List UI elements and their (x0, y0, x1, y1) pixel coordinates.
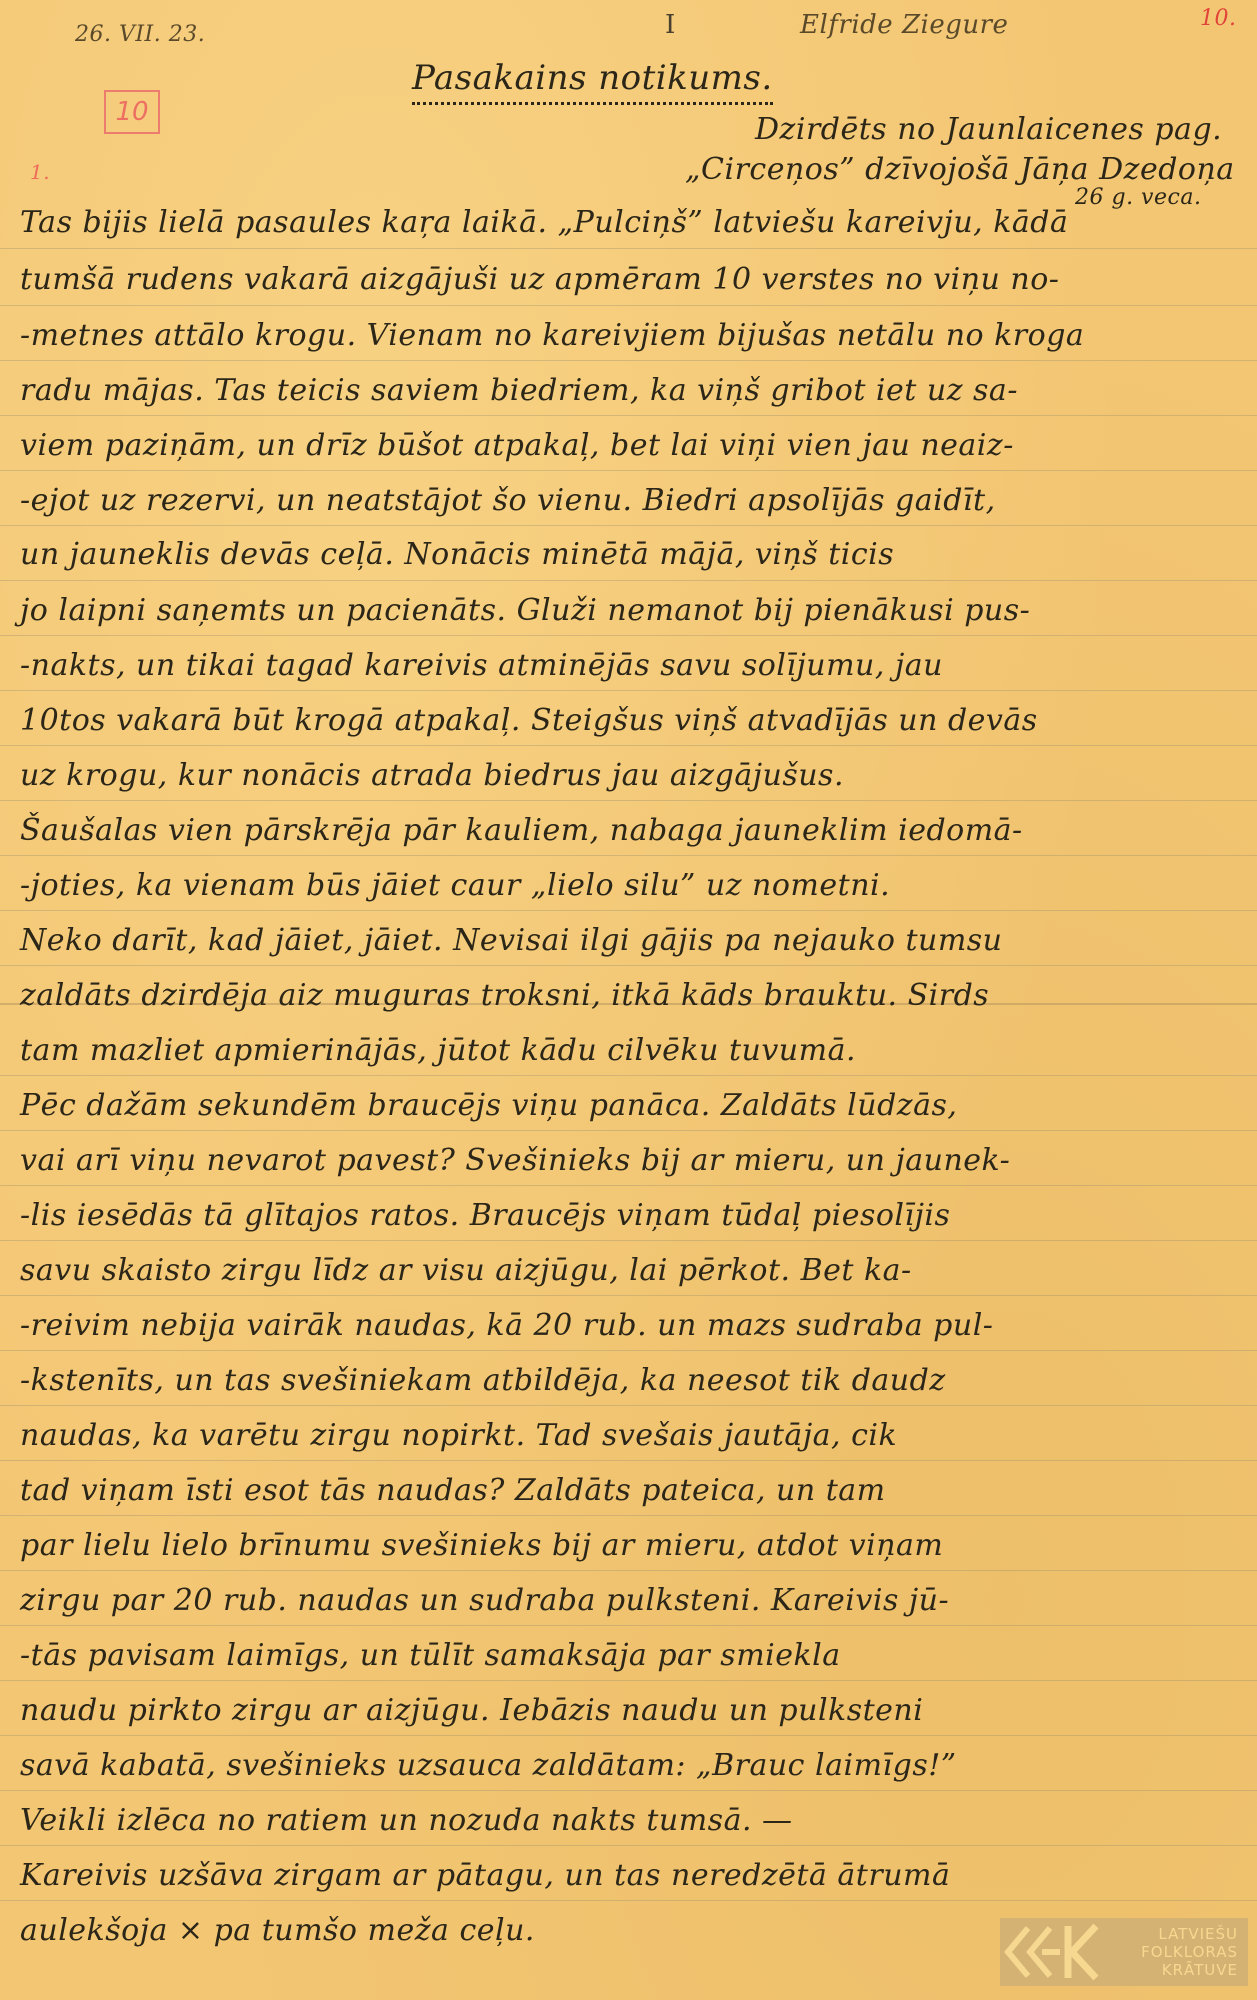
body-line: Neko darīt, kad jāiet, jāiet. Nevisai il… (20, 923, 1003, 958)
body-line: 10tos vakarā būt krogā atpakaļ. Steigšus… (20, 703, 1038, 738)
body-line: vai arī viņu nevarot pavest? Svešinieks … (20, 1143, 1010, 1178)
rule-line (0, 965, 1257, 966)
rule-line (0, 305, 1257, 306)
rule-line (0, 745, 1257, 746)
body-line: zirgu par 20 rub. naudas un sudraba pulk… (20, 1583, 949, 1618)
rule-line (0, 1350, 1257, 1351)
lfk-chevron-logo-icon (1000, 1918, 1110, 1986)
rule-line (0, 1790, 1257, 1791)
archive-stamp-number: 10 (115, 97, 148, 127)
rule-line (0, 1570, 1257, 1571)
archive-name-line: FOLKLORAS (1110, 1943, 1238, 1961)
body-line: -reivim nebija vairāk naudas, kā 20 rub.… (20, 1308, 993, 1343)
body-line: tad viņam īsti esot tās naudas? Zaldāts … (20, 1473, 886, 1508)
rule-line (0, 800, 1257, 801)
body-line: uz krogu, kur nonācis atrada biedrus jau… (20, 758, 844, 793)
rule-line (0, 360, 1257, 361)
rule-line (0, 1405, 1257, 1406)
body-line: Kareivis uzšāva zirgam ar pātagu, un tas… (20, 1858, 950, 1893)
source-note-line: „Circeņos” dzīvojošā Jāņa Dzedoņa (685, 152, 1235, 187)
rule-line (0, 1295, 1257, 1296)
body-line: tam mazliet apmierinājās, jūtot kādu cil… (20, 1033, 856, 1068)
date-annotation: 26. VII. 23. (75, 22, 205, 47)
body-line: -lis iesēdās tā glītajos ratos. Braucējs… (20, 1198, 950, 1233)
body-line: savu skaisto zirgu līdz ar visu aizjūgu,… (20, 1253, 912, 1288)
rule-line (0, 525, 1257, 526)
rule-line (0, 635, 1257, 636)
body-line: Pēc dažām sekundēm braucējs viņu panāca.… (20, 1088, 957, 1123)
margin-mark-red: 1. (30, 160, 50, 184)
rule-line (0, 248, 1257, 249)
story-title: Pasakains notikums. (412, 58, 773, 105)
body-line: naudas, ka varētu zirgu nopirkt. Tad sve… (20, 1418, 897, 1453)
page-number-red: 10. (1200, 6, 1237, 31)
rule-line (0, 415, 1257, 416)
body-line: -nakts, un tikai tagad kareivis atminējā… (20, 648, 943, 683)
rule-line (0, 1680, 1257, 1681)
rule-line (0, 470, 1257, 471)
rule-line (0, 1075, 1257, 1076)
archive-name: LATVIEŠU FOLKLORAS KRĀTUVE (1110, 1925, 1248, 1979)
rule-line (0, 1515, 1257, 1516)
body-line: tumšā rudens vakarā aizgājuši uz apmēram… (20, 262, 1059, 297)
rule-line (0, 855, 1257, 856)
chevron-k-logo-icon (1000, 1918, 1110, 1986)
rule-line (0, 1460, 1257, 1461)
author-signature: Elfride Ziegure (800, 10, 1008, 40)
source-note-line: Dzirdēts no Jaunlaicenes pag. (755, 112, 1222, 147)
body-line: un jauneklis devās ceļā. Nonācis minētā … (20, 537, 894, 572)
rule-line (0, 1185, 1257, 1186)
body-line: -tās pavisam laimīgs, un tūlīt samaksāja… (20, 1638, 841, 1673)
archive-name-line: LATVIEŠU (1110, 1925, 1238, 1943)
archive-watermark-logo: LATVIEŠU FOLKLORAS KRĀTUVE (1000, 1918, 1248, 1986)
body-line: savā kabatā, svešinieks uzsauca zaldātam… (20, 1748, 957, 1783)
body-line: radu mājas. Tas teicis saviem biedriem, … (20, 373, 1018, 408)
body-line: zaldāts dzirdēja aiz muguras troksni, it… (20, 978, 989, 1013)
body-line: aulekšoja × pa tumšo meža ceļu. (20, 1913, 535, 1948)
body-line: -ejot uz rezervi, un neatstājot šo vienu… (20, 483, 996, 518)
rule-line (0, 910, 1257, 911)
body-line: -kstenīts, un tas svešiniekam atbildēja,… (20, 1363, 946, 1398)
body-line: Šaušalas vien pārskrēja pār kauliem, nab… (20, 813, 1023, 848)
rule-line (0, 1735, 1257, 1736)
source-note-line: 26 g. veca. (1075, 185, 1201, 210)
body-line: naudu pirkto zirgu ar aizjūgu. Iebāzis n… (20, 1693, 923, 1728)
body-line: Veikli izlēca no ratiem un nozuda nakts … (20, 1803, 793, 1838)
body-line: viem paziņām, un drīz būšot atpakaļ, bet… (20, 428, 1014, 463)
rule-line (0, 1625, 1257, 1626)
body-line: -metnes attālo krogu. Vienam no kareivji… (20, 318, 1084, 353)
body-line: par lielu lielo brīnumu svešinieks bij a… (20, 1528, 943, 1563)
rule-line (0, 580, 1257, 581)
archive-name-line: KRĀTUVE (1110, 1961, 1238, 1979)
archive-stamp-box: 10 (104, 90, 160, 134)
rule-line (0, 1240, 1257, 1241)
rule-line (0, 690, 1257, 691)
body-line: -joties, ka vienam būs jāiet caur „lielo… (20, 868, 890, 903)
rule-line (0, 1130, 1257, 1131)
body-line: jo laipni saņemts un pacienāts. Gluži ne… (20, 593, 1030, 628)
rule-line (0, 1900, 1257, 1901)
rule-line (0, 1845, 1257, 1846)
section-roman-numeral: I (665, 10, 676, 40)
body-line: Tas bijis lielā pasaules kaŗa laikā. „Pu… (20, 205, 1068, 240)
